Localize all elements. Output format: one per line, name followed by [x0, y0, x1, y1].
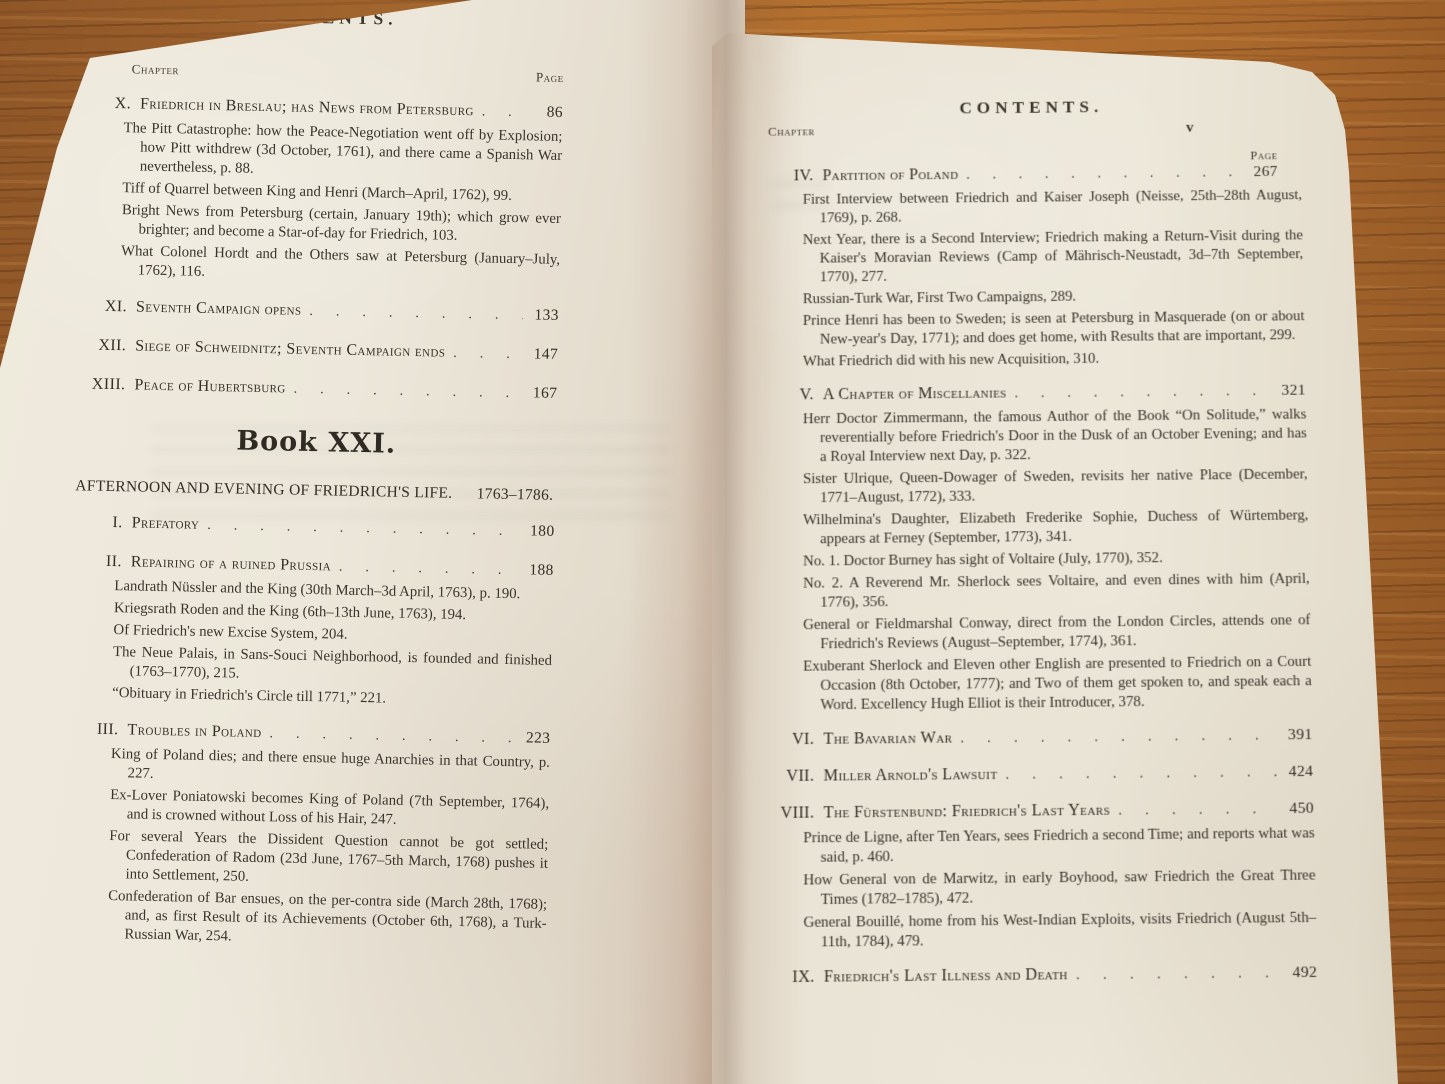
- toc-sub-entry: Prince de Ligne, after Ten Years, sees F…: [762, 824, 1315, 868]
- chapter-page-number: 180: [530, 522, 555, 539]
- toc-sub-entry: General or Fieldmarshal Conway, direct f…: [762, 611, 1311, 655]
- toc-chapter-row: VII.Miller Arnold's Lawsuit.............…: [762, 761, 1314, 790]
- page-title: CONTENTS.: [762, 95, 1300, 121]
- chapter-page-column: 133: [523, 304, 559, 327]
- section-title-text: AFTERNOON AND EVENING OF FRIEDRICH'S LIF…: [75, 477, 452, 503]
- toc-sub-entry: First Interview between Friedrich and Ka…: [762, 186, 1303, 228]
- chapter-page-column: 223: [514, 727, 550, 750]
- chapter-title: Friedrich in Breslau; has News from Pete…: [140, 93, 474, 122]
- chapter-page-column: 147: [522, 343, 558, 366]
- toc-sub-entry: For several Years the Dissident Question…: [67, 826, 548, 893]
- chapter-page-column: 180: [518, 520, 554, 543]
- toc-sub-entry: General Bouillé, home from his West-Indi…: [762, 908, 1317, 953]
- chapter-numeral: IV.: [762, 166, 814, 188]
- dot-leader: ........................................…: [960, 725, 1276, 751]
- photo-open-book: CONTENTS. iv Chapter Page X.Friedrich in…: [0, 0, 1445, 1084]
- chapter-page-number: 133: [534, 306, 559, 323]
- chapter-numeral: VI.: [762, 729, 815, 752]
- chapter-numeral: VII.: [762, 765, 815, 788]
- chapter-numeral: X.: [83, 92, 131, 115]
- table-of-contents: IV.Partition of Poland..................…: [762, 161, 1318, 991]
- chapter-numeral: V.: [762, 384, 814, 406]
- toc-chapter-row: V.A Chapter of Miscellanies.............…: [762, 380, 1306, 408]
- dot-leader: ........................................…: [1076, 963, 1281, 988]
- toc-chapter-row: VI.The Bavarian War.....................…: [762, 724, 1313, 753]
- chapter-title: Peace of Hubertsburg: [134, 374, 286, 399]
- chapter-title: Miller Arnold's Lawsuit: [824, 764, 998, 788]
- toc-sub-entry: Prince Henri has been to Sweden; is seen…: [762, 307, 1305, 350]
- chapter-page-column: Page267: [1242, 161, 1278, 183]
- dot-leader: ........................................…: [207, 515, 519, 543]
- chapter-page-number: 167: [533, 384, 558, 401]
- chapter-column-label: Chapter: [768, 124, 815, 140]
- dot-leader: ........................................…: [966, 162, 1242, 186]
- toc-sub-entry: No. 1. Doctor Burney has sight of Voltai…: [762, 548, 1309, 572]
- toc-sub-entry: The Pitt Catastrophe: how the Peace-Nego…: [82, 118, 563, 185]
- dot-leader: ........................................…: [293, 379, 521, 406]
- chapter-title: The Fürstenbund: Friedrich's Last Years: [824, 799, 1111, 824]
- chapter-page-number: 188: [529, 561, 554, 578]
- page-column-label: Page: [1250, 145, 1278, 167]
- chapter-numeral: II.: [74, 550, 122, 573]
- chapter-page-column: 391: [1276, 724, 1313, 747]
- toc-sub-entry: Wilhelmina's Daughter, Elizabeth Frederi…: [762, 506, 1309, 549]
- chapter-title: A Chapter of Miscellanies: [823, 383, 1007, 407]
- column-header-row: Chapter v: [762, 119, 1301, 141]
- chapter-title: Friedrich's Last Illness and Death: [824, 964, 1068, 989]
- chapter-title: Siege of Schweidnitz; Seventh Campaign e…: [135, 335, 446, 363]
- toc-sub-entry: Next Year, there is a Second Interview; …: [762, 227, 1304, 288]
- toc-sub-entry: Bright News from Petersburg (certain, Ja…: [80, 200, 561, 248]
- chapter-column-label: Chapter: [132, 61, 179, 78]
- chapter-title: Prefatory: [131, 512, 199, 535]
- toc-sub-entry: Herr Doctor Zimmermann, the famous Autho…: [762, 406, 1307, 468]
- dot-leader: ........................................…: [453, 343, 522, 366]
- chapter-page-number: 223: [526, 729, 551, 746]
- chapter-page-number: 391: [1288, 726, 1313, 744]
- column-header-row: Chapter Page: [84, 60, 564, 86]
- toc-sub-entry: The Neue Palais, in Sans-Souci Neighborh…: [71, 642, 552, 690]
- chapter-page-column: 188: [518, 559, 554, 582]
- chapter-numeral: XI.: [79, 295, 127, 318]
- chapter-title: Troubles in Poland: [127, 719, 262, 744]
- folio-number: v: [1186, 120, 1194, 137]
- chapter-numeral: III.: [70, 718, 118, 741]
- chapter-title: The Bavarian War: [823, 727, 952, 751]
- toc-sub-entry: How General von de Marwitz, in early Boy…: [762, 866, 1316, 911]
- chapter-numeral: I.: [74, 511, 122, 534]
- chapter-numeral: IX.: [762, 966, 815, 989]
- chapter-page-number: 86: [547, 104, 564, 121]
- left-page: CONTENTS. iv Chapter Page X.Friedrich in…: [0, 0, 745, 1084]
- chapter-title: Seventh Campaign opens: [136, 296, 302, 321]
- toc-sub-entry: What Colonel Hordt and the Others saw at…: [80, 241, 561, 289]
- toc-chapter-row: XII.Siege of Schweidnitz; Seventh Campai…: [78, 334, 558, 367]
- chapter-title: Partition of Poland: [823, 164, 959, 187]
- toc-sub-entry: What Friedrich did with his new Acquisit…: [762, 348, 1305, 372]
- chapter-page-column: 321: [1270, 380, 1306, 402]
- chapter-page-number: 492: [1292, 963, 1317, 981]
- dot-leader: ........................................…: [482, 101, 528, 124]
- dot-leader: ........................................…: [1118, 799, 1278, 823]
- chapter-page-number: 450: [1289, 799, 1314, 817]
- table-of-contents: X.Friedrich in Breslau; has News from Pe…: [66, 92, 563, 952]
- section-title-row: AFTERNOON AND EVENING OF FRIEDRICH'S LIF…: [75, 477, 555, 505]
- toc-sub-entry: Russian-Turk War, First Two Campaigns, 2…: [762, 286, 1304, 310]
- section-date-range: 1763–1786.: [476, 485, 553, 505]
- toc-chapter-row: IX.Friedrich's Last Illness and Death...…: [762, 961, 1318, 990]
- toc-sub-entry: Ex-Lover Poniatowski becomes King of Pol…: [69, 785, 550, 833]
- right-page-content: CONTENTS. Chapter v IV.Partition of Pola…: [762, 95, 1318, 991]
- toc-chapter-row: VIII.The Fürstenbund: Friedrich's Last Y…: [762, 797, 1315, 826]
- toc-chapter-row: I.Prefatory.............................…: [74, 511, 554, 544]
- toc-sub-entry: No. 2. A Reverend Mr. Sherlock sees Volt…: [762, 570, 1310, 614]
- right-page: CONTENTS. Chapter v IV.Partition of Pola…: [700, 0, 1445, 1084]
- dot-leader: ........................................…: [269, 723, 514, 750]
- left-page-content: CONTENTS. iv Chapter Page X.Friedrich in…: [66, 2, 565, 955]
- dot-leader: ........................................…: [1015, 381, 1271, 405]
- dot-leader: ........................................…: [1005, 762, 1277, 787]
- chapter-title: Repairing of a ruined Prussia: [131, 551, 332, 577]
- toc-chapter-row: XIII.Peace of Hubertsburg...............…: [77, 373, 557, 406]
- chapter-page-column: 86: [527, 101, 563, 124]
- chapter-page-number: 424: [1289, 763, 1314, 781]
- chapter-page-column: 167: [521, 382, 557, 405]
- toc-chapter-row: XI.Seventh Campaign opens...............…: [79, 295, 559, 328]
- page-column-label: Page: [536, 69, 564, 86]
- toc-sub-entry: Confederation of Bar ensues, on the per-…: [66, 886, 547, 953]
- toc-chapter-row: IV.Partition of Poland..................…: [762, 161, 1302, 189]
- chapter-page-number: 147: [534, 345, 559, 362]
- chapter-numeral: XII.: [78, 334, 126, 357]
- dot-leader: ........................................…: [309, 301, 523, 327]
- chapter-page-number: 321: [1281, 382, 1306, 399]
- chapter-numeral: XIII.: [77, 373, 125, 396]
- chapter-page-column: 492: [1281, 961, 1318, 984]
- toc-sub-entry: Exuberant Sherlock and Eleven other Engl…: [762, 653, 1312, 716]
- toc-sub-entry: King of Poland dies; and there ensue hug…: [69, 744, 550, 792]
- chapter-numeral: VIII.: [762, 802, 815, 825]
- toc-sub-entry: Sister Ulrique, Queen-Dowager of Sweden,…: [762, 465, 1308, 508]
- chapter-page-column: 424: [1277, 761, 1314, 784]
- dot-leader: ........................................…: [339, 557, 518, 583]
- book-heading: Book XXI.: [76, 422, 557, 463]
- chapter-page-column: 450: [1277, 797, 1314, 820]
